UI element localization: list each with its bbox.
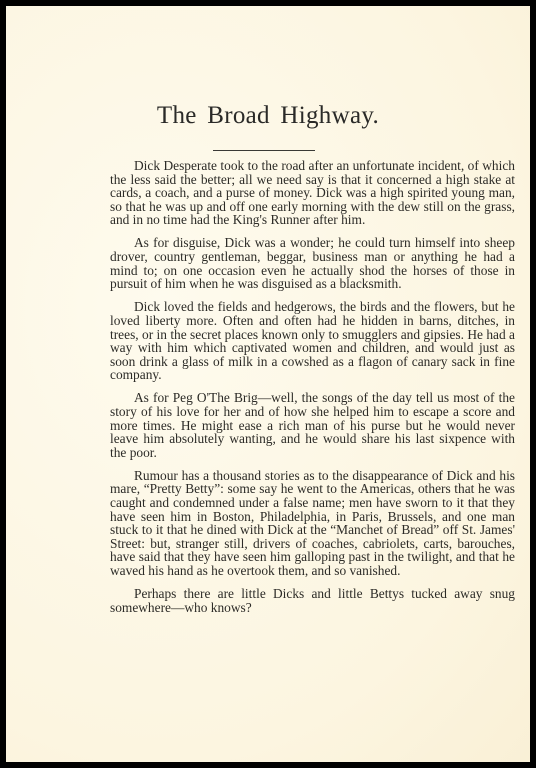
paragraph: Perhaps there are little Dicks and littl… [110, 587, 515, 614]
body-text: Dick Desperate took to the road after an… [110, 159, 515, 624]
document-page: The Broad Highway. Dick Desperate took t… [6, 6, 530, 762]
page-title: The Broad Highway. [6, 102, 530, 130]
title-divider [213, 150, 315, 151]
paragraph: Dick Desperate took to the road after an… [110, 159, 515, 227]
paragraph: Dick loved the fields and hedgerows, the… [110, 300, 515, 382]
paragraph: As for disguise, Dick was a wonder; he c… [110, 236, 515, 290]
paragraph: As for Peg O'The Brig—well, the songs of… [110, 391, 515, 459]
paragraph: Rumour has a thousand stories as to the … [110, 469, 515, 578]
